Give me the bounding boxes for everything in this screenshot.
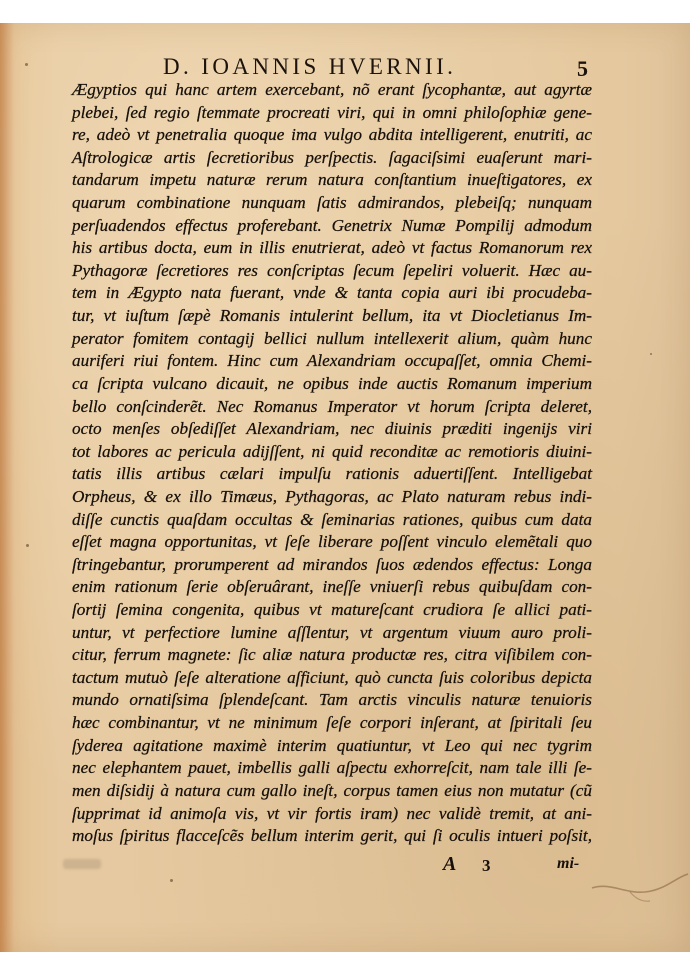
text-line: eſſet magna opportunitas, vt ſeſe libera… <box>72 531 592 554</box>
book-page: D. IOANNIS HVERNII. 5 Ægyptios qui hanc … <box>0 23 690 952</box>
text-line: Aſtrologicæ artis ſecretioribus perſpect… <box>72 147 592 170</box>
paper-speck <box>26 544 29 547</box>
text-line: tur, vt iuſtum ſæpè Romanis intulerint b… <box>72 305 592 328</box>
text-line: enim rationum ſerie obſeruârant, ineſſe … <box>72 576 592 599</box>
text-line: moſus ſpiritus flacceſcẽs bellum interim… <box>72 825 592 848</box>
text-line: quarum combinatione nunquam ſatis admira… <box>72 192 592 215</box>
text-line: bello conſcinderẽt. Nec Romanus Imperato… <box>72 396 592 419</box>
text-line: mundo ornatiſsima ſplendeſcant. Tam arct… <box>72 689 592 712</box>
text-line: hæc combinantur, vt ne minimum ſeſe corp… <box>72 712 592 735</box>
running-title: D. IOANNIS HVERNII. <box>163 54 456 80</box>
text-line: men diſsidij à natura cum gallo ineſt, c… <box>72 780 592 803</box>
text-line: perator fomitem contagij bellici nullum … <box>72 328 592 351</box>
paper-stain <box>590 868 690 908</box>
text-line: perſuadendos effectus proferebant. Genet… <box>72 215 592 238</box>
signature-number: 3 <box>482 856 491 876</box>
text-line: Orpheus, & ex illo Timæus, Pythagoras, a… <box>72 486 592 509</box>
paper-speck <box>25 63 28 66</box>
body-text: Ægyptios qui hanc artem exercebant, nõ e… <box>72 79 592 848</box>
text-line: ca ſcripta vulcano dicauit, ne opibus in… <box>72 373 592 396</box>
text-line: nec elephantem pauet, imbellis galli aſp… <box>72 757 592 780</box>
page-footer: A 3 mi- <box>0 853 690 883</box>
text-line: tatis illis artibus cælari impulſu ratio… <box>72 463 592 486</box>
text-line: ſupprimat id animoſa vis, vt vir fortis … <box>72 803 592 826</box>
text-line: diſſe cunctis quaſdam occultas & ſeminar… <box>72 509 592 532</box>
catchword: mi- <box>557 855 579 873</box>
text-line: his artibus docta, eum in illis enutrier… <box>72 237 592 260</box>
text-line: tandarum impetu naturæ rerum natura conſ… <box>72 169 592 192</box>
text-line: Pythagoræ ſecretiores res conſcriptas ſe… <box>72 260 592 283</box>
text-line: Ægyptios qui hanc artem exercebant, nõ e… <box>72 79 592 102</box>
text-line: octo menſes obſediſſet Alexandriam, nec … <box>72 418 592 441</box>
text-line: untur, vt perfectiore lumine aſſlentur, … <box>72 622 592 645</box>
text-line: ſortij ſemina congenita, quibus vt matur… <box>72 599 592 622</box>
paper-speck <box>650 353 652 355</box>
text-line: ſtringebantur, prorumperent ad mirandos … <box>72 554 592 577</box>
text-line: citur, ferrum magnete: ſic aliæ natura p… <box>72 644 592 667</box>
text-line: ſyderea agitatione maximè interim quatiu… <box>72 735 592 758</box>
text-line: re, adeò vt penetralia quoque ima vulgo … <box>72 124 592 147</box>
text-line: tem in Ægypto nata fuerant, vnde & tanta… <box>72 282 592 305</box>
text-line: auriferi riui fontem. Hinc cum Alexandri… <box>72 350 592 373</box>
signature-mark: A <box>443 853 456 876</box>
paper-speck <box>170 879 173 882</box>
text-line: plebei, ſed regio ſtemmate procreati vir… <box>72 102 592 125</box>
text-line: tot labores ac pericula adijſſent, ni qu… <box>72 441 592 464</box>
text-line: tactum mutuò ſeſe alteratione aſficiunt,… <box>72 667 592 690</box>
binding-gutter <box>0 23 14 952</box>
bleed-through-smudge <box>63 859 101 869</box>
